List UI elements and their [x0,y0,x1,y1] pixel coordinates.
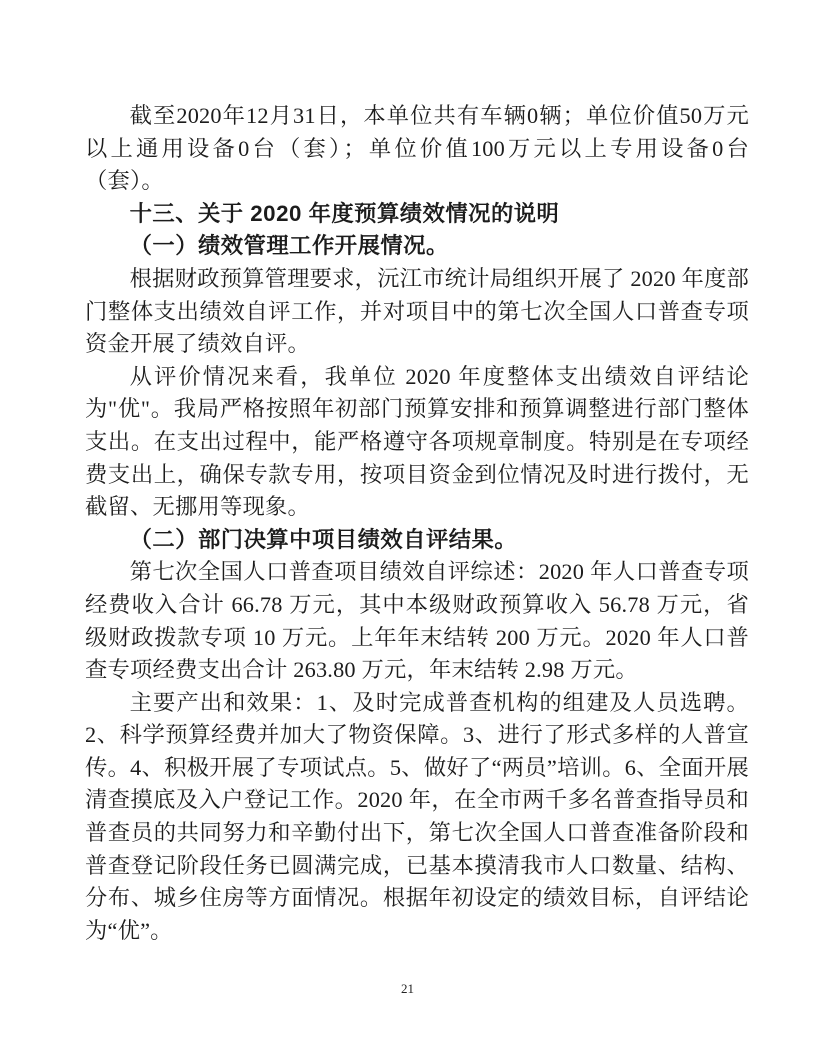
paragraph: 从评价情况来看，我单位 2020 年度整体支出绩效自评结论为"优"。我局严格按照… [85,361,749,524]
page-number: 21 [401,981,414,996]
page-footer: 21 [0,981,815,997]
heading2: （一）绩效管理工作开展情况。 [85,230,749,263]
document-body: 截至2020年12月31日，本单位共有车辆0辆；单位价值50万元以上通用设备0台… [85,100,749,947]
heading1: 十三、关于 2020 年度预算绩效情况的说明 [85,198,749,231]
document-page: 截至2020年12月31日，本单位共有车辆0辆；单位价值50万元以上通用设备0台… [0,0,815,1055]
paragraph: 主要产出和效果：1、及时完成普查机构的组建及人员选聘。2、科学预算经费并加大了物… [85,687,749,948]
heading2: （二）部门决算中项目绩效自评结果。 [85,524,749,557]
paragraph: 截至2020年12月31日，本单位共有车辆0辆；单位价值50万元以上通用设备0台… [85,100,749,198]
paragraph: 第七次全国人口普查项目绩效自评综述：2020 年人口普查专项经费收入合计 66.… [85,556,749,686]
paragraph: 根据财政预算管理要求，沅江市统计局组织开展了 2020 年度部门整体支出绩效自评… [85,263,749,361]
